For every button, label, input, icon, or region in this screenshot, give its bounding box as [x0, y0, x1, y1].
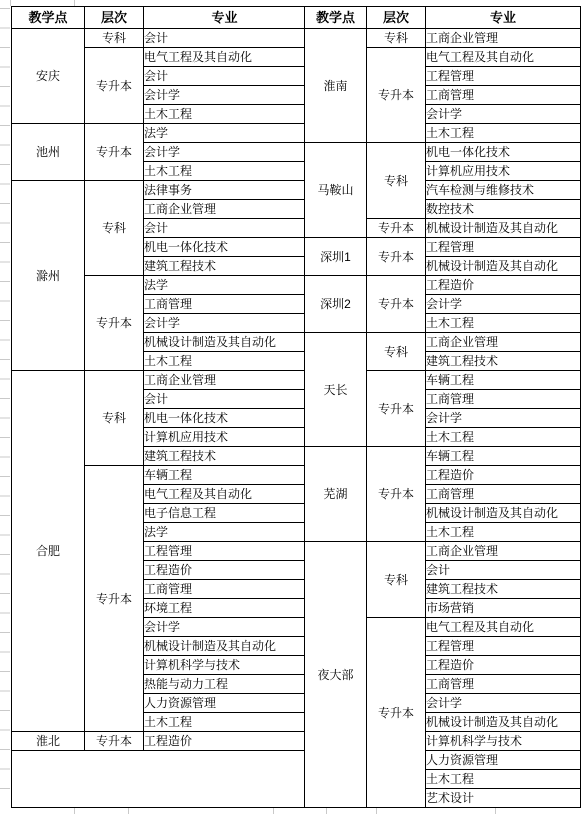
major-cell[interactable]: 机械设计制造及其自动化	[426, 713, 581, 732]
level-cell[interactable]: 专升本	[367, 48, 426, 143]
table-row: 合肥专科工商企业管理	[12, 371, 306, 390]
site-cell[interactable]: 深圳2	[305, 276, 367, 333]
major-cell[interactable]: 会计学	[144, 86, 306, 105]
major-cell[interactable]: 土木工程	[426, 428, 581, 447]
level-cell[interactable]: 专升本	[85, 466, 144, 732]
major-cell[interactable]: 环境工程	[144, 599, 306, 618]
table-row: 深圳2专升本工程造价	[305, 276, 581, 295]
level-cell[interactable]: 专升本	[367, 219, 426, 238]
major-cell[interactable]: 艺术设计	[426, 789, 581, 808]
major-cell[interactable]: 土木工程	[144, 713, 306, 732]
major-cell[interactable]: 会计学	[426, 409, 581, 428]
major-cell[interactable]: 计算机科学与技术	[144, 656, 306, 675]
major-cell[interactable]: 会计学	[426, 295, 581, 314]
major-cell[interactable]: 会计学	[144, 314, 306, 333]
level-cell[interactable]: 专科	[367, 143, 426, 219]
level-cell[interactable]: 专科	[85, 371, 144, 466]
table-row: 天长专科工商企业管理	[305, 333, 581, 352]
major-cell[interactable]: 机电一体化技术	[144, 238, 306, 257]
level-cell[interactable]: 专科	[85, 29, 144, 48]
table-row: 马鞍山专科机电一体化技术	[305, 143, 581, 162]
gridline-tick	[128, 807, 129, 814]
major-cell[interactable]: 土木工程	[426, 770, 581, 789]
header-level[interactable]: 层次	[85, 7, 144, 29]
major-cell[interactable]: 建筑工程技术	[426, 580, 581, 599]
major-cell[interactable]: 建筑工程技术	[144, 447, 306, 466]
spreadsheet-sheet: 教学点 层次 专业 安庆专科会计专升本电气工程及其自动化会计会计学土木工程池州专…	[0, 0, 585, 814]
site-cell[interactable]: 天长	[305, 333, 367, 447]
site-cell[interactable]: 芜湖	[305, 447, 367, 542]
major-cell[interactable]: 电子信息工程	[144, 504, 306, 523]
major-cell[interactable]: 人力资源管理	[426, 751, 581, 770]
major-cell[interactable]: 会计学	[144, 143, 306, 162]
major-cell[interactable]: 土木工程	[426, 523, 581, 542]
major-cell[interactable]: 机电一体化技术	[426, 143, 581, 162]
major-cell[interactable]: 电气工程及其自动化	[426, 618, 581, 637]
level-cell[interactable]: 专科	[85, 181, 144, 276]
major-cell[interactable]: 电气工程及其自动化	[144, 48, 306, 67]
major-cell[interactable]: 土木工程	[144, 105, 306, 124]
gridline-tick	[495, 807, 496, 814]
gridline-tick	[326, 807, 327, 814]
major-cell[interactable]: 会计学	[426, 105, 581, 124]
major-cell[interactable]: 热能与动力工程	[144, 675, 306, 694]
major-cell[interactable]: 工程造价	[144, 561, 306, 580]
level-cell[interactable]: 专升本	[85, 124, 144, 181]
major-cell[interactable]: 会计	[144, 29, 306, 48]
level-cell[interactable]: 专升本	[85, 732, 144, 751]
major-cell[interactable]: 法学	[144, 276, 306, 295]
major-cell[interactable]: 车辆工程	[426, 447, 581, 466]
major-cell[interactable]: 工程管理	[144, 542, 306, 561]
major-cell[interactable]: 土木工程	[144, 162, 306, 181]
major-cell[interactable]: 工程造价	[426, 276, 581, 295]
major-cell[interactable]: 工商管理	[426, 86, 581, 105]
header-site[interactable]: 教学点	[305, 7, 367, 29]
empty-cell[interactable]	[12, 751, 306, 808]
site-cell[interactable]: 滁州	[12, 181, 85, 371]
major-cell[interactable]: 工商企业管理	[426, 29, 581, 48]
major-cell[interactable]: 电气工程及其自动化	[426, 48, 581, 67]
major-cell[interactable]: 计算机科学与技术	[426, 732, 581, 751]
site-cell[interactable]: 安庆	[12, 29, 85, 124]
header-site[interactable]: 教学点	[12, 7, 85, 29]
site-cell[interactable]: 池州	[12, 124, 85, 181]
major-cell[interactable]: 计算机应用技术	[426, 162, 581, 181]
major-cell[interactable]: 工商管理	[426, 485, 581, 504]
site-cell[interactable]: 淮南	[305, 29, 367, 143]
level-cell[interactable]: 专升本	[367, 618, 426, 808]
table-row: 滁州专科法律事务	[12, 181, 306, 200]
major-cell[interactable]: 机械设计制造及其自动化	[426, 257, 581, 276]
major-cell[interactable]: 土木工程	[426, 124, 581, 143]
site-cell[interactable]: 深圳1	[305, 238, 367, 276]
header-major[interactable]: 专业	[144, 7, 306, 29]
site-cell[interactable]: 夜大部	[305, 542, 367, 808]
level-cell[interactable]: 专升本	[367, 371, 426, 447]
major-cell[interactable]: 工商企业管理	[144, 371, 306, 390]
level-cell[interactable]: 专升本	[367, 447, 426, 542]
major-cell[interactable]: 工商管理	[144, 580, 306, 599]
major-cell[interactable]: 机电一体化技术	[144, 409, 306, 428]
site-cell[interactable]: 马鞍山	[305, 143, 367, 238]
table-row: 池州专升本法学	[12, 124, 306, 143]
level-cell[interactable]: 专科	[367, 29, 426, 48]
major-cell[interactable]: 会计学	[426, 694, 581, 713]
major-cell[interactable]: 法律事务	[144, 181, 306, 200]
major-cell[interactable]: 机械设计制造及其自动化	[426, 219, 581, 238]
header-level[interactable]: 层次	[367, 7, 426, 29]
gridline-tick	[376, 807, 377, 814]
right-program-table: 教学点 层次 专业 淮南专科工商企业管理专升本电气工程及其自动化工程管理工商管理…	[304, 6, 581, 808]
major-cell[interactable]: 工商管理	[144, 295, 306, 314]
major-cell[interactable]: 人力资源管理	[144, 694, 306, 713]
major-cell[interactable]: 工程造价	[426, 466, 581, 485]
major-cell[interactable]: 工程管理	[426, 238, 581, 257]
major-cell[interactable]: 会计	[144, 219, 306, 238]
major-cell[interactable]: 工商企业管理	[144, 200, 306, 219]
major-cell[interactable]: 会计	[144, 390, 306, 409]
major-cell[interactable]: 工商管理	[426, 675, 581, 694]
table-row: 安庆专科会计	[12, 29, 306, 48]
header-major[interactable]: 专业	[426, 7, 581, 29]
major-cell[interactable]: 机械设计制造及其自动化	[426, 504, 581, 523]
major-cell[interactable]: 工商管理	[426, 390, 581, 409]
major-cell[interactable]: 会计	[426, 561, 581, 580]
level-cell[interactable]: 专升本	[367, 238, 426, 276]
gridline-tick	[74, 807, 75, 814]
left-program-table: 教学点 层次 专业 安庆专科会计专升本电气工程及其自动化会计会计学土木工程池州专…	[11, 6, 306, 808]
major-cell[interactable]: 法学	[144, 523, 306, 542]
level-cell[interactable]: 专升本	[85, 48, 144, 124]
major-cell[interactable]: 工程造价	[144, 732, 306, 751]
major-cell[interactable]: 车辆工程	[426, 371, 581, 390]
major-cell[interactable]: 工程管理	[426, 637, 581, 656]
site-cell[interactable]: 淮北	[12, 732, 85, 751]
major-cell[interactable]: 机械设计制造及其自动化	[144, 333, 306, 352]
major-cell[interactable]: 电气工程及其自动化	[144, 485, 306, 504]
major-cell[interactable]: 工程管理	[426, 67, 581, 86]
major-cell[interactable]: 会计	[144, 67, 306, 86]
major-cell[interactable]: 工程造价	[426, 656, 581, 675]
level-cell[interactable]: 专科	[367, 542, 426, 618]
major-cell[interactable]: 会计学	[144, 618, 306, 637]
major-cell[interactable]: 计算机应用技术	[144, 428, 306, 447]
gridline-tick	[273, 807, 274, 814]
table-row: 淮南专科工商企业管理	[305, 29, 581, 48]
table-row	[12, 751, 306, 808]
level-cell[interactable]: 专科	[367, 333, 426, 371]
header-row: 教学点 层次 专业	[305, 7, 581, 29]
level-cell[interactable]: 专升本	[367, 276, 426, 333]
table-row: 芜湖专升本车辆工程	[305, 447, 581, 466]
table-row: 深圳1专升本工程管理	[305, 238, 581, 257]
table-row: 夜大部专科工商企业管理	[305, 542, 581, 561]
table-row: 淮北专升本工程造价	[12, 732, 306, 751]
major-cell[interactable]: 市场营销	[426, 599, 581, 618]
level-cell[interactable]: 专升本	[85, 276, 144, 371]
major-cell[interactable]: 建筑工程技术	[426, 352, 581, 371]
site-cell[interactable]: 合肥	[12, 371, 85, 732]
major-cell[interactable]: 土木工程	[144, 352, 306, 371]
major-cell[interactable]: 法学	[144, 124, 306, 143]
major-cell[interactable]: 土木工程	[426, 314, 581, 333]
major-cell[interactable]: 汽车检测与维修技术	[426, 181, 581, 200]
major-cell[interactable]: 工商企业管理	[426, 542, 581, 561]
major-cell[interactable]: 数控技术	[426, 200, 581, 219]
major-cell[interactable]: 建筑工程技术	[144, 257, 306, 276]
major-cell[interactable]: 车辆工程	[144, 466, 306, 485]
major-cell[interactable]: 工商企业管理	[426, 333, 581, 352]
left-margin-gridlines	[0, 8, 10, 805]
major-cell[interactable]: 机械设计制造及其自动化	[144, 637, 306, 656]
header-row: 教学点 层次 专业	[12, 7, 306, 29]
